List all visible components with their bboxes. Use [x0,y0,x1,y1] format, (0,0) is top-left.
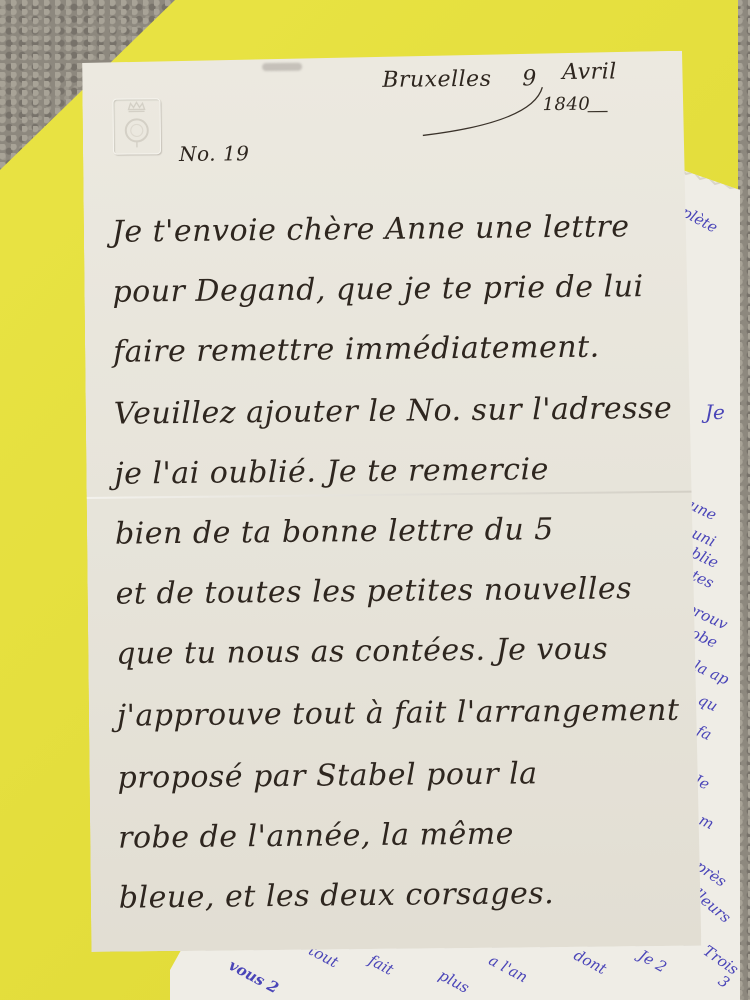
letter-line-5: je l'ai oublié. Je te remercie [114,452,549,492]
blue-text-fragment: m [696,811,717,833]
letter-line-2: pour Degand, que je te prie de lui [112,269,643,310]
letter-line-1: Je t'envoie chère Anne une lettre [112,209,630,249]
letter-line-11: robe de l'année, la même [118,817,514,856]
letter-line-8: que tu nous as contées. Je vous [116,632,608,672]
embossed-crest-icon [112,98,161,154]
date-flourish-icon [412,81,613,143]
letter-line-10: proposé par Stabel pour la [117,756,537,795]
handwritten-letter: Bruxelles 9 Avril 1840 No. 19 Je t'envoi… [82,51,701,952]
blue-text-fragment: 3 [715,972,733,992]
blue-text-fragment: Je 2 [636,946,670,976]
blue-text-fragment: Trois [700,942,742,979]
blue-text-fragment: fait [366,951,397,979]
letter-line-6: bien de ta bonne lettre du 5 [115,512,554,552]
letter-line-3: faire remettre immédiatement. [113,330,600,370]
letter-line-4: Veuillez ajouter le No. sur l'adresse [114,391,673,432]
ink-smudge [262,63,302,71]
blue-text-fragment: plus [436,966,472,997]
blue-text-fragment: a l'an [486,951,531,986]
blue-text-fragment: dont [571,946,610,978]
blue-text-fragment: Je [705,400,725,424]
paper-fold-line [87,491,697,499]
letter-number: No. 19 [179,141,250,166]
letter-line-12: bleue, et les deux corsages. [119,876,555,916]
blue-text-fragment: vous 2 [226,956,282,997]
letter-line-9: j'approuve tout à fait l'arrangement [117,693,680,734]
letter-line-7: et de toutes les petites nouvelles [115,571,632,611]
